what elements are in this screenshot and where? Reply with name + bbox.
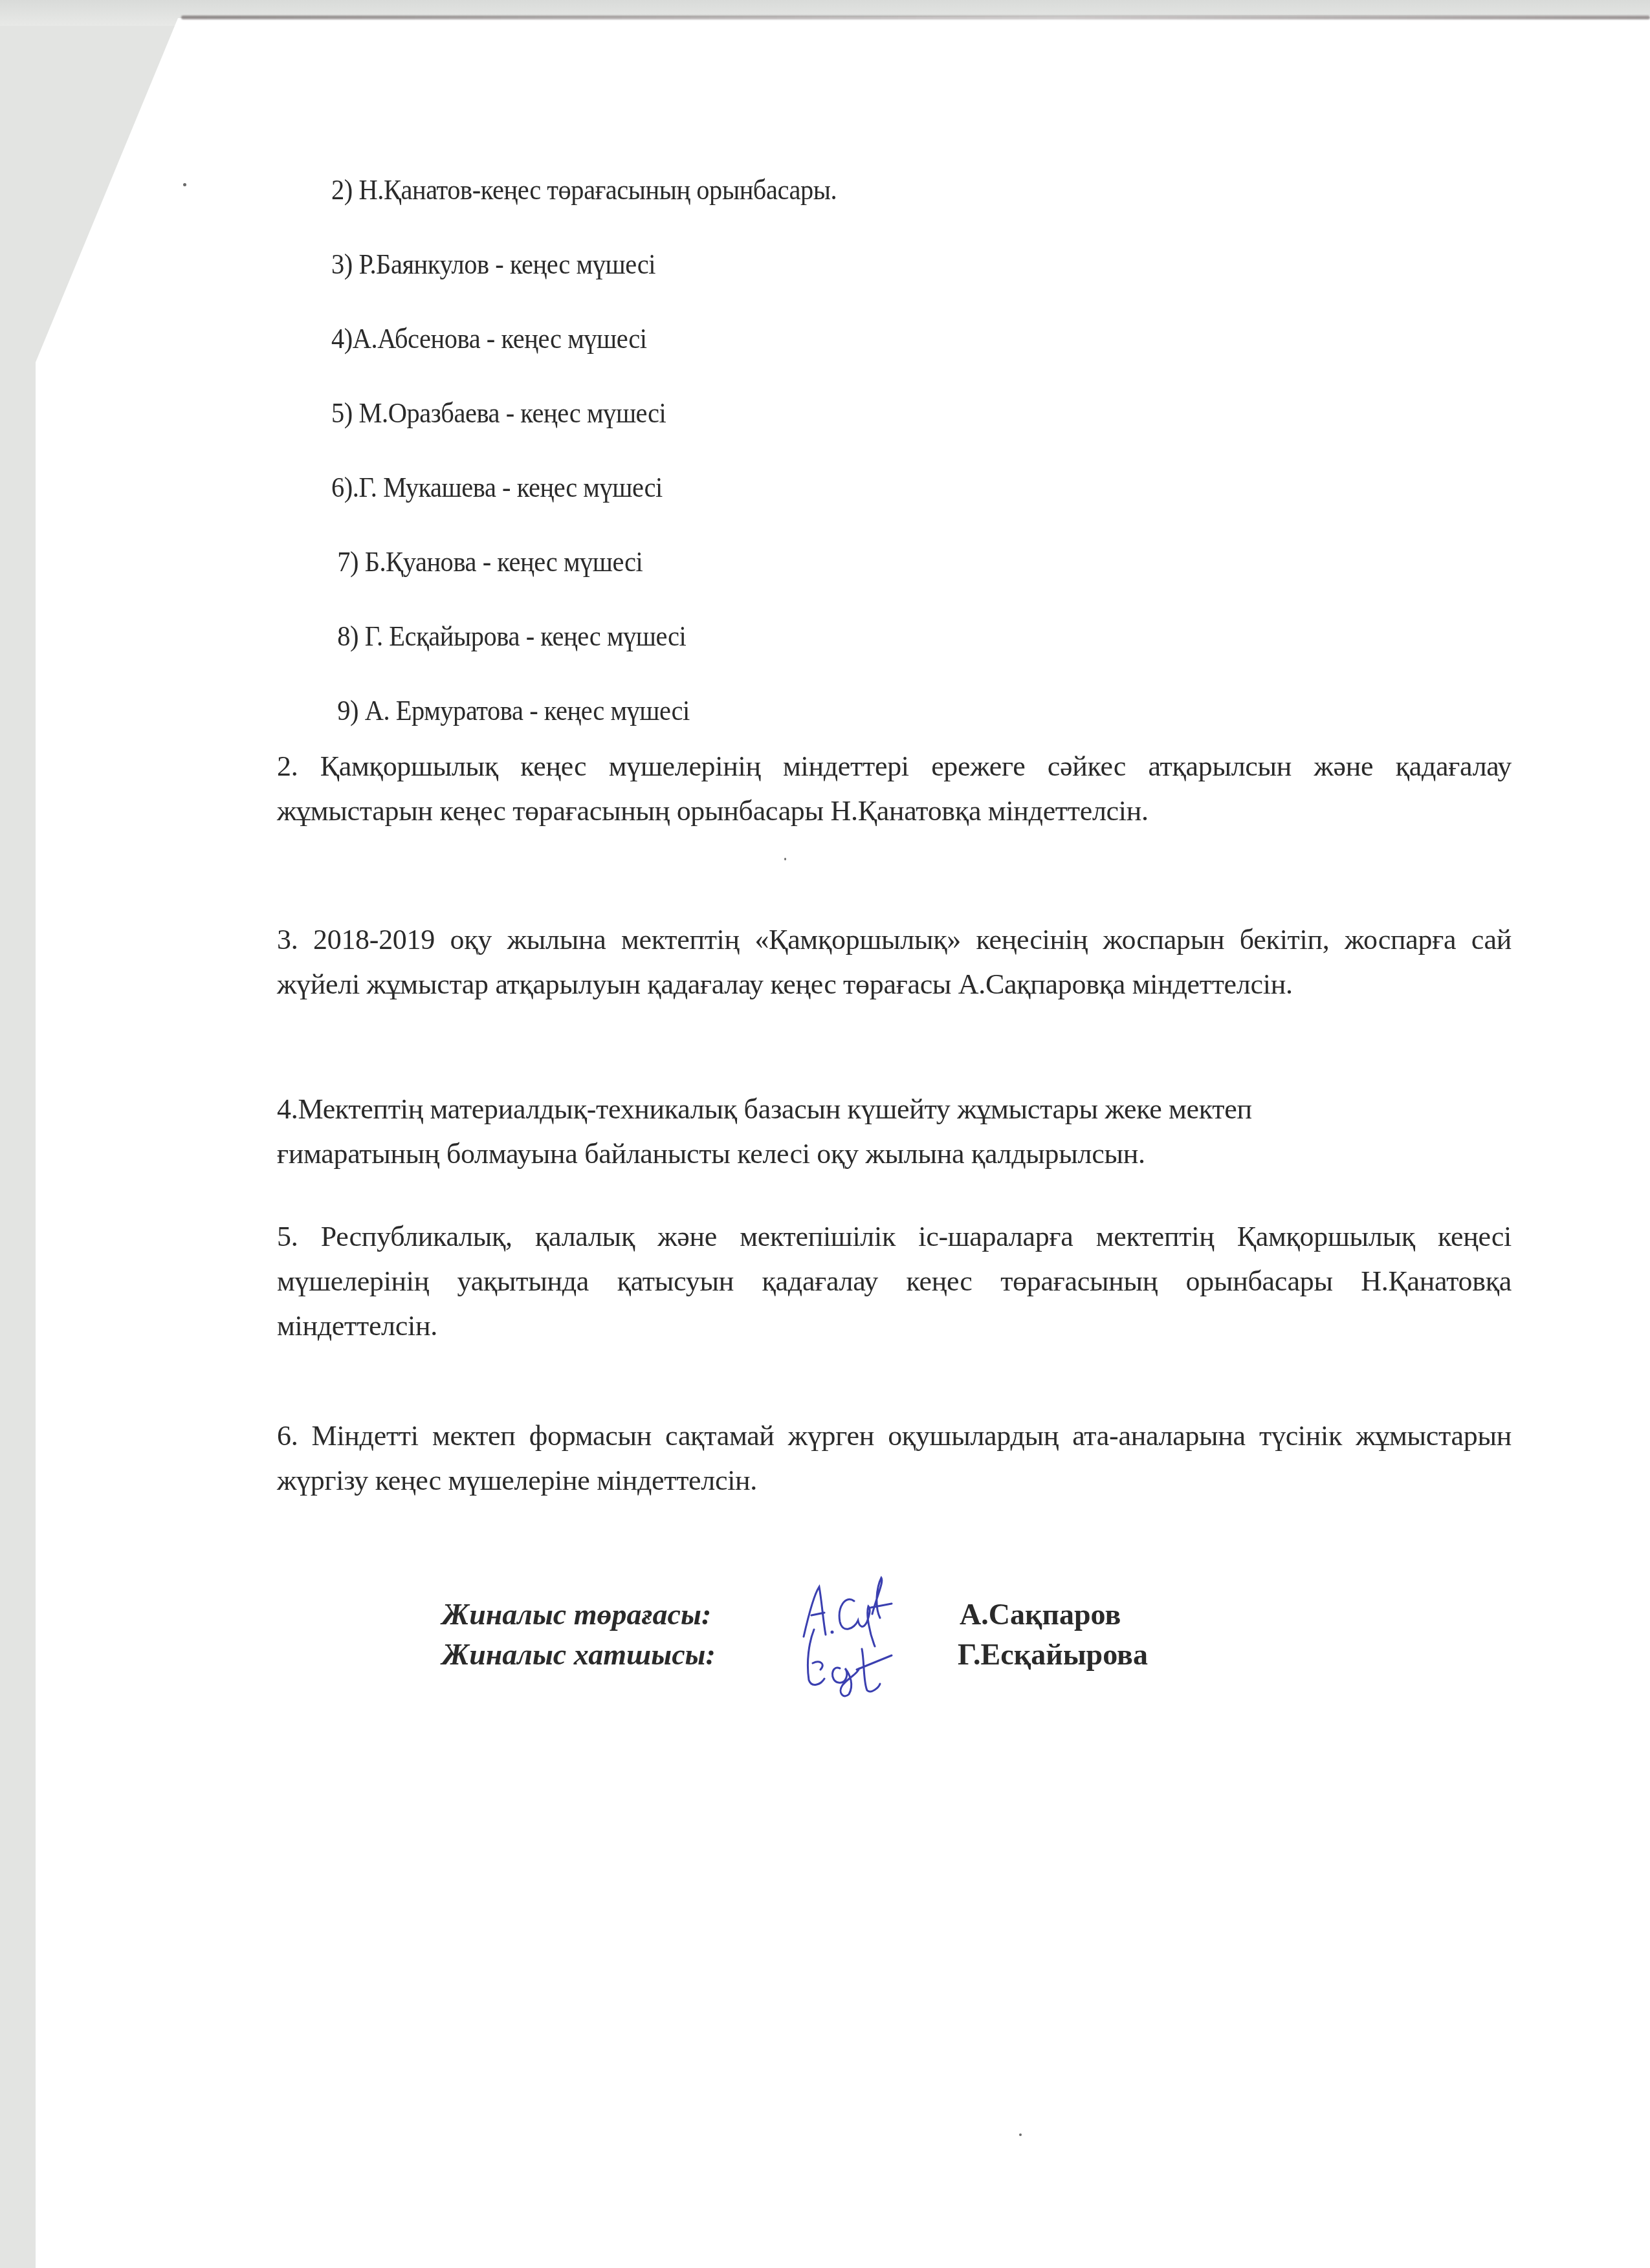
resolution-item-3: 3. 2018-2019 оқу жылына мектептің «Қамқо…	[277, 917, 1512, 1007]
resolution-item-4: 4.Мектептің материалдық-техникалық базас…	[277, 1087, 1512, 1176]
resolution-item-4-line-2: ғимаратының болмауына байланысты келесі …	[277, 1131, 1512, 1176]
member-item: 7) Б.Қуанова - кеңес мүшесі	[331, 548, 837, 622]
chair-name: А.Сақпаров	[960, 1595, 1121, 1635]
member-item: 3) Р.Баянкулов - кеңес мүшесі	[331, 250, 837, 325]
member-item: 2) Н.Қанатов-кеңес төрағасының орынбасар…	[331, 176, 837, 250]
chair-role-label: Жиналыс төрағасы:	[442, 1595, 711, 1635]
member-item: 4)А.Абсенова - кеңес мүшесі	[331, 325, 837, 399]
resolution-item-5: 5. Республикалық, қалалық және мектепіші…	[277, 1214, 1512, 1348]
council-member-list: 2) Н.Қанатов-кеңес төрағасының орынбасар…	[331, 176, 881, 771]
resolution-item-2: 2. Қамқоршылық кеңес мүшелерінің міндетт…	[277, 744, 1512, 833]
scan-speck	[1019, 2133, 1022, 2136]
scan-speck	[784, 858, 786, 860]
secretary-name: Г.Есқайырова	[958, 1635, 1148, 1675]
member-item: 6).Г. Мукашева - кеңес мүшесі	[331, 474, 837, 548]
member-item: 8) Г. Есқайырова - кеңес мүшесі	[331, 622, 837, 697]
secretary-signature-row: Жиналыс хатшысы: Г.Есқайырова	[442, 1635, 1283, 1675]
resolution-item-4-line-1: 4.Мектептің материалдық-техникалық базас…	[277, 1087, 1512, 1131]
document-content: 2) Н.Қанатов-кеңес төрағасының орынбасар…	[0, 0, 1650, 2268]
secretary-handwritten-signature-icon	[795, 1623, 898, 1701]
scan-speck	[183, 183, 186, 186]
signature-block: Жиналыс төрағасы: А.Сақпаров Жиналыс хат…	[442, 1595, 1283, 1675]
secretary-role-label: Жиналыс хатшысы:	[442, 1635, 716, 1675]
resolution-item-6: 6. Міндетті мектеп формасын сақтамай жүр…	[277, 1413, 1512, 1503]
member-item: 5) М.Оразбаева - кеңес мүшесі	[331, 399, 837, 474]
